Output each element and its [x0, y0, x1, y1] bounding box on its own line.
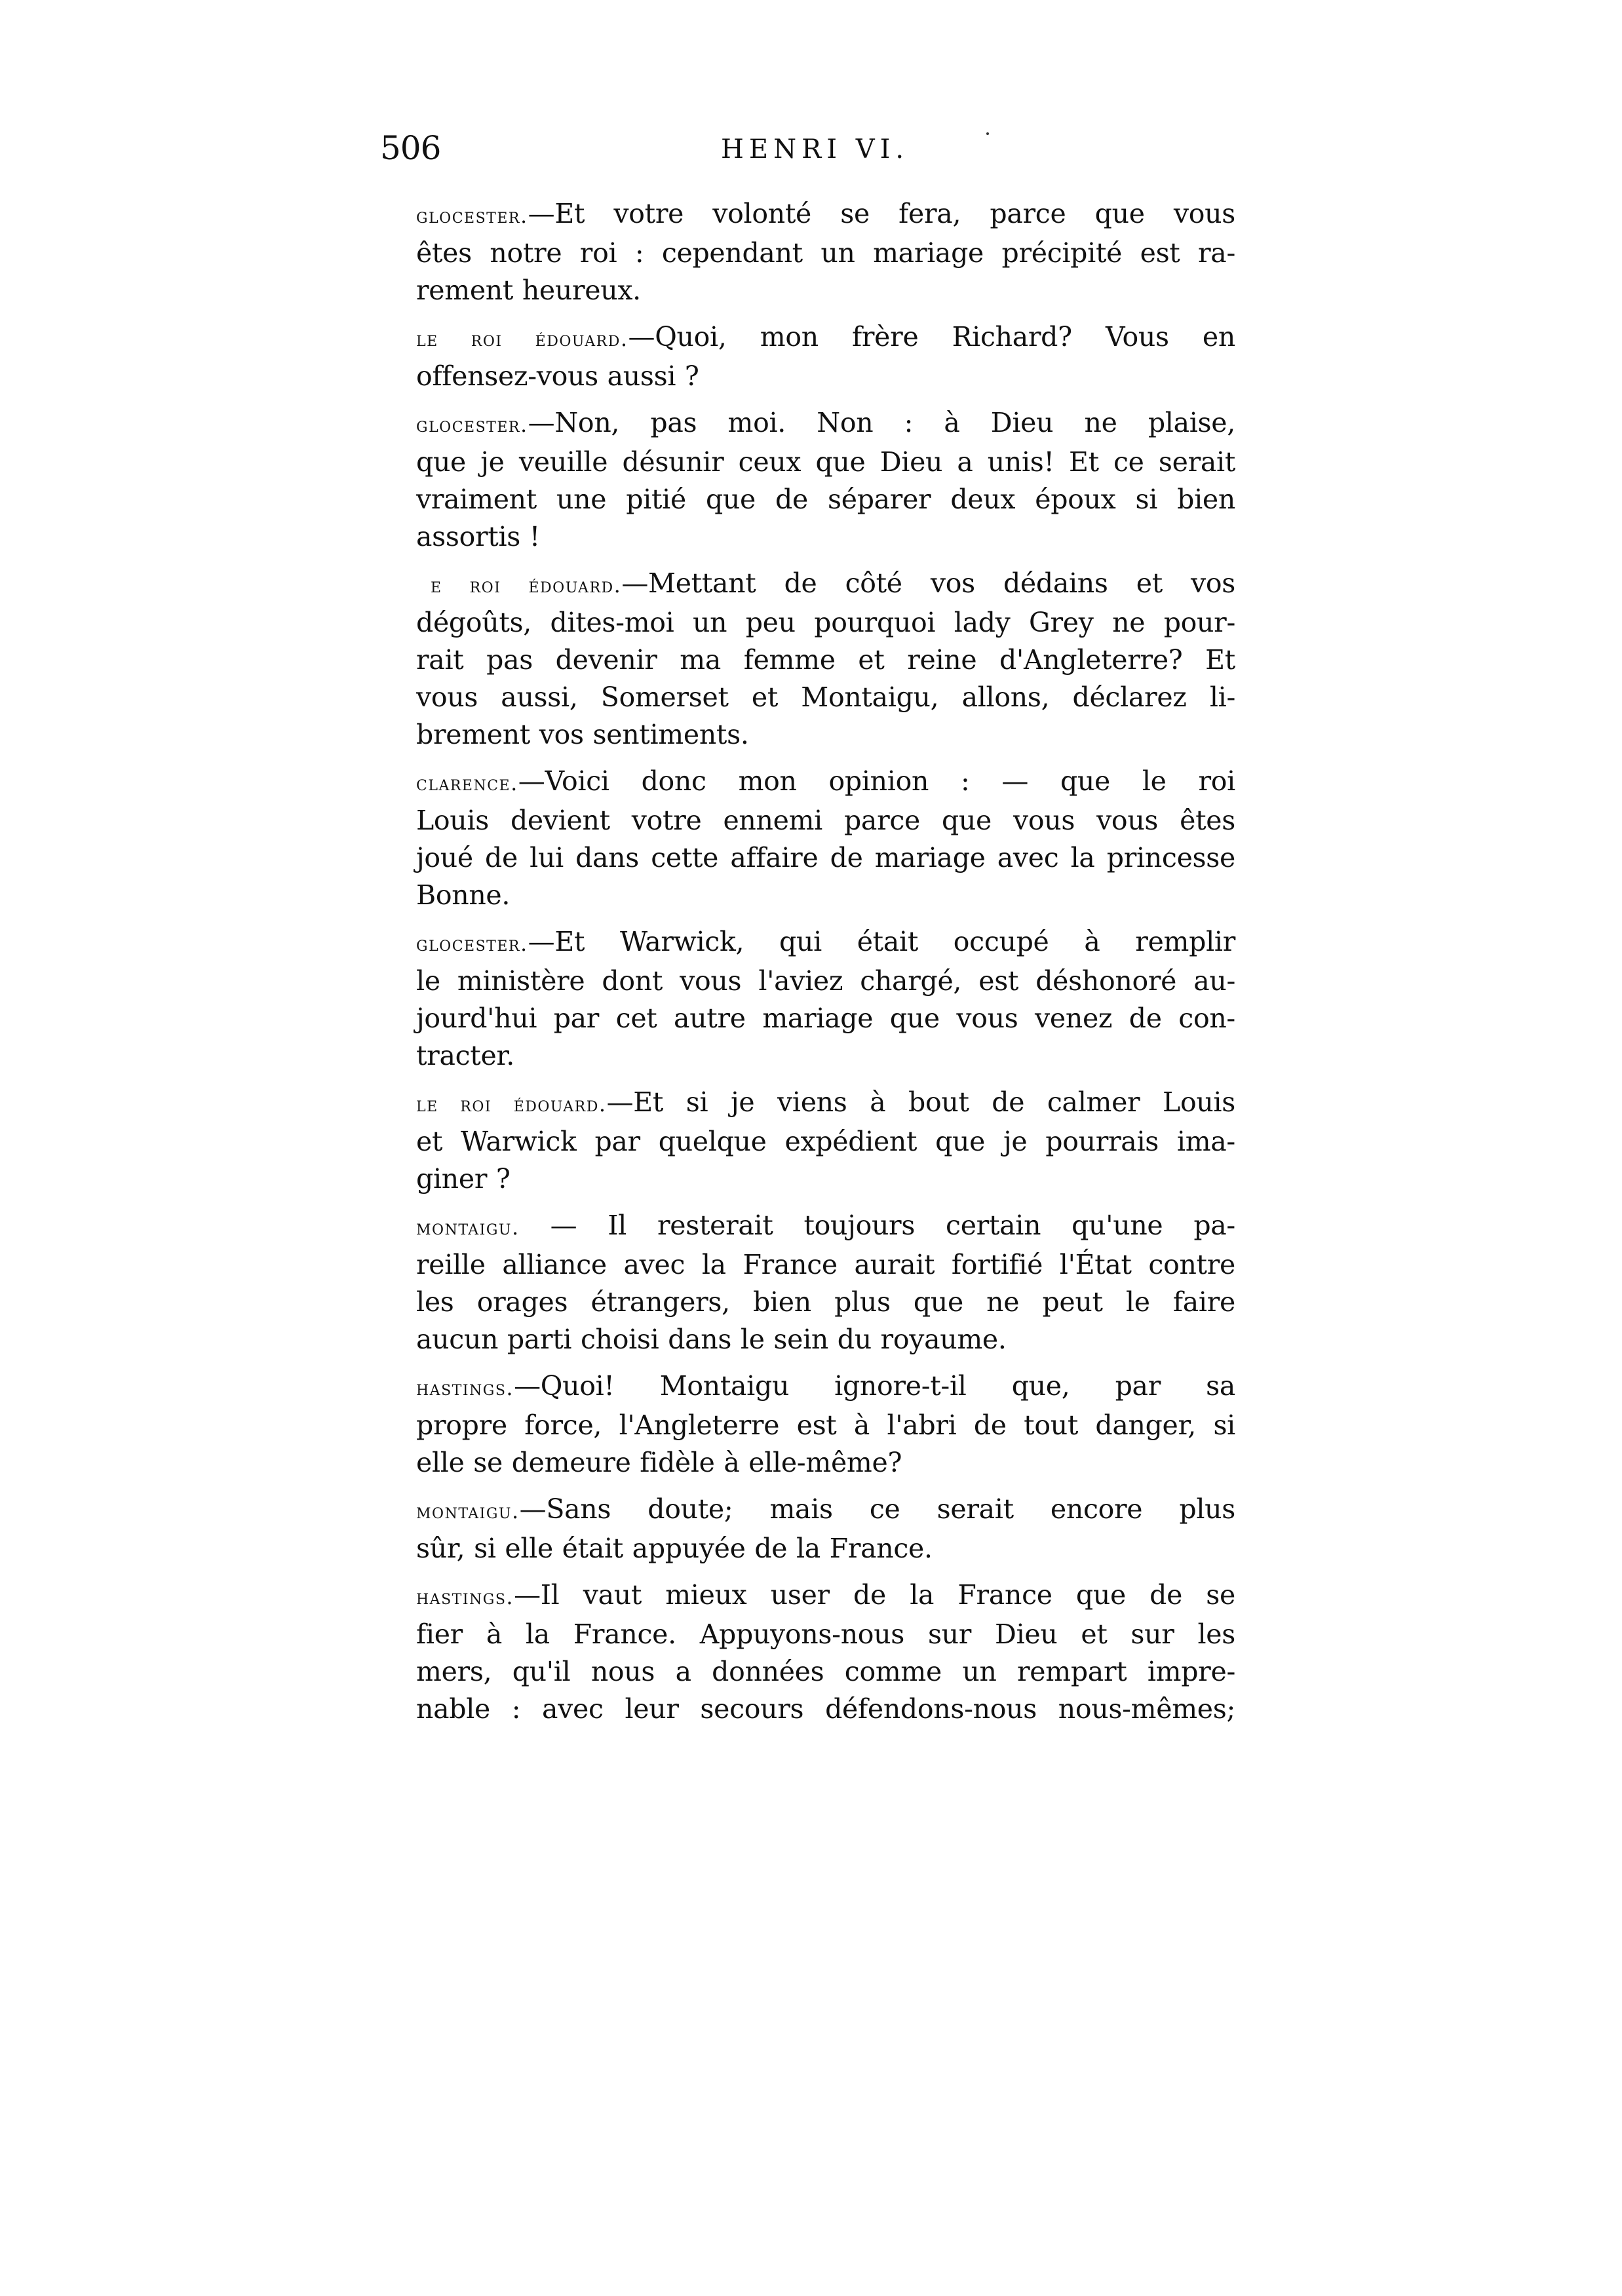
dialogue-paragraph: CLARENCE.—Voici donc mon opinion : — que…: [380, 763, 1235, 914]
speech-text: —Voici donc mon opinion : — que le roi: [518, 765, 1235, 797]
dialogue-paragraph: GLOCESTER.—Et Warwick, qui était occupé …: [380, 923, 1235, 1075]
dialogue-paragraph: GLOCESTER.—Et votre volonté se fera, par…: [380, 195, 1235, 309]
dialogue-paragraph: MONTAIGU. — Il resterait toujours certai…: [380, 1207, 1235, 1358]
text-line: rait pas devenir ma femme et reine d'Ang…: [380, 641, 1235, 679]
text-line: LE ROI ÉDOUARD.—Et si je viens à bout de…: [380, 1084, 1235, 1123]
speech-text: —Et si je viens à bout de calmer Louis: [607, 1086, 1235, 1118]
text-line: E ROI ÉDOUARD.—Mettant de côté vos dédai…: [380, 565, 1235, 604]
speaker-name: GLOCESTER.: [416, 931, 528, 956]
speech-text: —Et Warwick, qui était occupé à remplir: [528, 926, 1235, 957]
text-line: les orages étrangers, bien plus que ne p…: [380, 1284, 1235, 1321]
running-head: 506 HENRI VI.: [380, 128, 1235, 168]
running-title: HENRI VI.: [721, 130, 909, 169]
text-line: CLARENCE.—Voici donc mon opinion : — que…: [380, 763, 1235, 802]
text-line: LE ROI ÉDOUARD.—Quoi, mon frère Richard?…: [380, 318, 1235, 358]
speech-text: —Sans doute; mais ce serait encore plus: [520, 1493, 1235, 1525]
speaker-name: E ROI ÉDOUARD.: [431, 573, 621, 598]
text-line: joué de lui dans cette affaire de mariag…: [380, 839, 1235, 877]
text-line: brement vos sentiments.: [380, 716, 1235, 754]
text-line: giner ?: [380, 1160, 1235, 1198]
dialogue-paragraph: GLOCESTER.—Non, pas moi. Non : à Dieu ne…: [380, 404, 1235, 556]
text-line: jourd'hui par cet autre mariage que vous…: [380, 1000, 1235, 1037]
text-line: et Warwick par quelque expédient que je …: [380, 1123, 1235, 1160]
text-line: nable : avec leur secours défendons-nous…: [380, 1691, 1235, 1728]
speaker-name: HASTINGS.: [416, 1584, 514, 1609]
speech-text: —Il vaut mieux user de la France que de …: [514, 1579, 1235, 1611]
text-line: assortis !: [380, 518, 1235, 556]
speaker-name: HASTINGS.: [416, 1375, 514, 1400]
text-line: GLOCESTER.—Et votre volonté se fera, par…: [380, 195, 1235, 235]
speaker-name: GLOCESTER.: [416, 412, 528, 437]
speech-text: —Quoi! Montaigu ignore-t-il que, par sa: [514, 1370, 1235, 1402]
speech-text: —Mettant de côté vos dédains et vos: [621, 567, 1235, 599]
text-line: êtes notre roi : cependant un mariage pr…: [380, 235, 1235, 272]
text-line: sûr, si elle était appuyée de la France.: [380, 1530, 1235, 1567]
dialogue-paragraph: E ROI ÉDOUARD.—Mettant de côté vos dédai…: [380, 565, 1235, 754]
speaker-name: GLOCESTER.: [416, 203, 528, 228]
text-line: MONTAIGU. — Il resterait toujours certai…: [380, 1207, 1235, 1246]
speech-text: — Il resterait toujours certain qu'une p…: [520, 1210, 1235, 1241]
speaker-name: CLARENCE.: [416, 771, 518, 795]
text-line: reille alliance avec la France aurait fo…: [380, 1246, 1235, 1284]
speech-text: —Et votre volonté se fera, parce que vou…: [528, 198, 1235, 229]
text-line: Bonne.: [380, 877, 1235, 914]
speaker-name: MONTAIGU.: [416, 1499, 520, 1523]
text-line: que je veuille désunir ceux que Dieu a u…: [380, 444, 1235, 481]
speech-text: —Non, pas moi. Non : à Dieu ne plaise,: [528, 407, 1235, 438]
dialogue-paragraph: LE ROI ÉDOUARD.—Quoi, mon frère Richard?…: [380, 318, 1235, 395]
dialogue-paragraph: MONTAIGU.—Sans doute; mais ce serait enc…: [380, 1491, 1235, 1567]
dialogue-paragraph: HASTINGS.—Quoi! Montaigu ignore-t-il que…: [380, 1368, 1235, 1482]
text-line: propre force, l'Angleterre est à l'abri …: [380, 1407, 1235, 1444]
text-line: tracter.: [380, 1037, 1235, 1075]
text-line: offensez-vous aussi ?: [380, 358, 1235, 395]
text-line: GLOCESTER.—Non, pas moi. Non : à Dieu ne…: [380, 404, 1235, 444]
book-page: 506 HENRI VI. GLOCESTER.—Et votre volont…: [380, 128, 1235, 1737]
speaker-name: LE ROI ÉDOUARD.: [416, 326, 628, 351]
dialogue-paragraph: HASTINGS.—Il vaut mieux user de la Franc…: [380, 1577, 1235, 1728]
speaker-name: LE ROI ÉDOUARD.: [416, 1092, 607, 1117]
text-line: elle se demeure fidèle à elle-même?: [380, 1444, 1235, 1482]
text-line: rement heureux.: [380, 272, 1235, 309]
text-line: aucun parti choisi dans le sein du royau…: [380, 1321, 1235, 1358]
text-line: HASTINGS.—Il vaut mieux user de la Franc…: [380, 1577, 1235, 1616]
page-number: 506: [380, 128, 440, 168]
text-line: vraiment une pitié que de séparer deux é…: [380, 481, 1235, 518]
print-speck: [986, 132, 989, 135]
text-line: Louis devient votre ennemi parce que vou…: [380, 802, 1235, 839]
text-line: dégoûts, dites-moi un peu pourquoi lady …: [380, 604, 1235, 641]
text-line: vous aussi, Somerset et Montaigu, allons…: [380, 679, 1235, 716]
text-line: fier à la France. Appuyons-nous sur Dieu…: [380, 1616, 1235, 1653]
text-line: GLOCESTER.—Et Warwick, qui était occupé …: [380, 923, 1235, 963]
dialogue-paragraph: LE ROI ÉDOUARD.—Et si je viens à bout de…: [380, 1084, 1235, 1198]
text-line: le ministère dont vous l'aviez chargé, e…: [380, 963, 1235, 1000]
text-line: HASTINGS.—Quoi! Montaigu ignore-t-il que…: [380, 1368, 1235, 1407]
text-line: mers, qu'il nous a données comme un remp…: [380, 1653, 1235, 1691]
speech-text: —Quoi, mon frère Richard? Vous en: [628, 321, 1235, 353]
play-dialogue: GLOCESTER.—Et votre volonté se fera, par…: [380, 195, 1235, 1728]
text-line: MONTAIGU.—Sans doute; mais ce serait enc…: [380, 1491, 1235, 1530]
speaker-name: MONTAIGU.: [416, 1215, 520, 1240]
